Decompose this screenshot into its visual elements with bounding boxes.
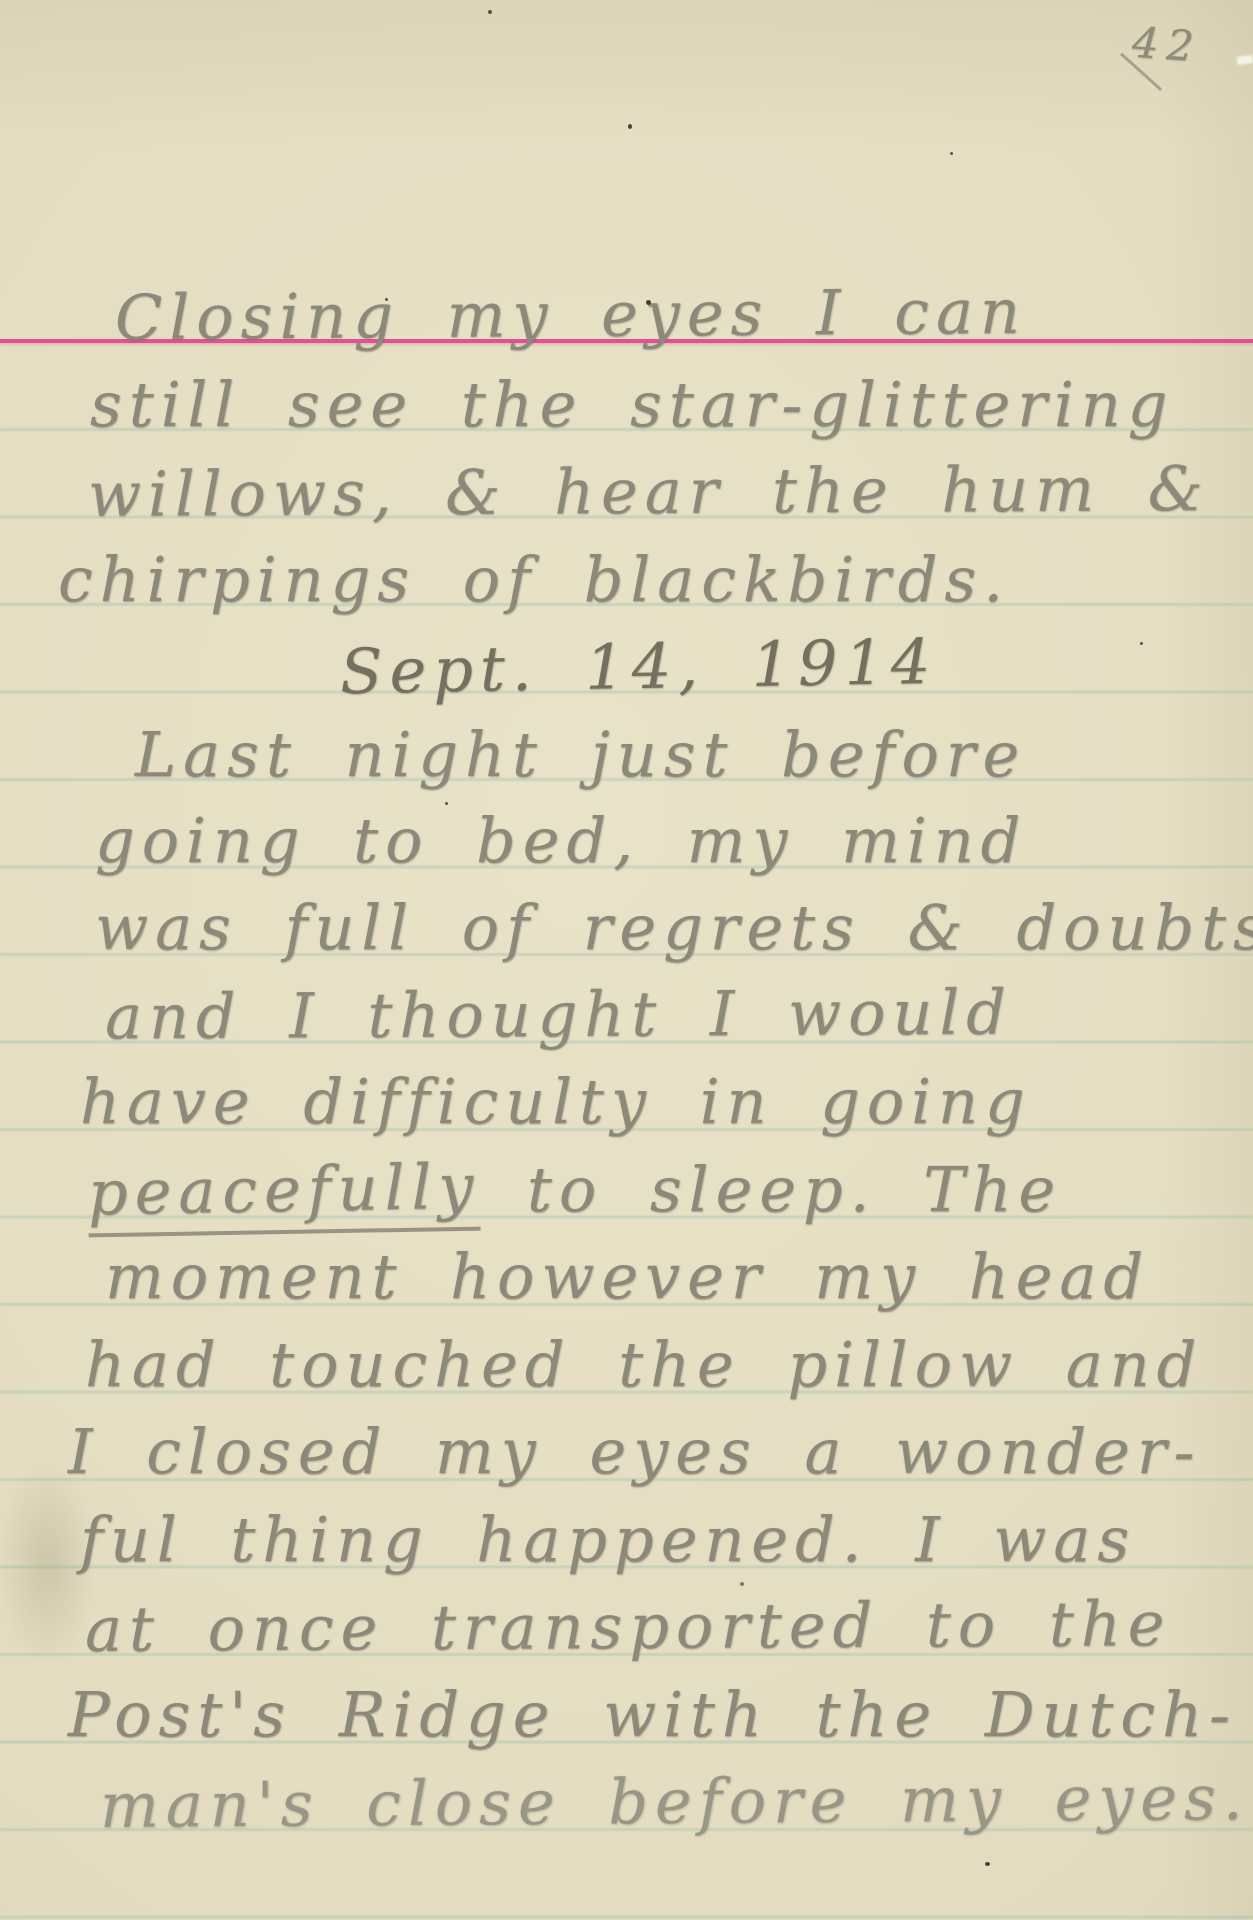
- handwritten-line: Closing my eyes I can: [115, 281, 1027, 349]
- handwritten-line: man's close before my eyes.: [100, 1767, 1250, 1837]
- handwritten-line: had touched the pillow and: [85, 1334, 1203, 1396]
- pink-margin-line: [0, 339, 1253, 343]
- handwritten-line: have difficulty in going: [80, 1071, 1032, 1133]
- paper-speck: [1140, 642, 1143, 645]
- handwritten-line: at once transported to the: [85, 1593, 1172, 1661]
- paper-speck: [646, 300, 651, 305]
- paper-smudge: [0, 1428, 112, 1698]
- line-text: to sleep. The: [480, 1153, 1062, 1226]
- paper-speck: [445, 802, 448, 805]
- paper-speck: [488, 10, 492, 14]
- handwritten-line: ful thing happened. I was: [80, 1509, 1136, 1571]
- paper-speck: [950, 152, 953, 155]
- handwritten-line: I closed my eyes a wonder-: [68, 1421, 1201, 1483]
- paper-speck: [628, 124, 632, 129]
- handwritten-line: still see the star-glittering: [90, 374, 1174, 436]
- handwritten-line: chirpings of blackbirds.: [58, 549, 1010, 611]
- handwritten-line: Last night just before: [135, 724, 1026, 786]
- scan-artifact: [1237, 55, 1253, 65]
- date-heading: Sept. 14, 1914: [340, 631, 938, 703]
- ruled-lines: [0, 428, 1253, 1920]
- handwritten-line: Post's Ridge with the Dutch-: [68, 1684, 1237, 1746]
- paper-speck: [985, 1862, 990, 1866]
- handwritten-line: and I thought I would: [105, 982, 1013, 1049]
- diary-page: 42 Closing my eyes I can still see the s…: [0, 0, 1253, 1920]
- handwritten-line: peacefully to sleep. The: [88, 1159, 1062, 1234]
- handwritten-line: was full of regrets & doubts: [95, 897, 1253, 959]
- handwritten-line: moment however my head: [105, 1246, 1150, 1308]
- handwritten-line: going to bed, my mind: [95, 810, 1027, 872]
- paper-speck: [385, 298, 388, 301]
- underlined-word: peacefully: [87, 1156, 481, 1238]
- page-number: 42: [1130, 18, 1203, 72]
- paper-speck: [740, 1582, 744, 1586]
- handwritten-line: willows, & hear the hum &: [88, 458, 1210, 526]
